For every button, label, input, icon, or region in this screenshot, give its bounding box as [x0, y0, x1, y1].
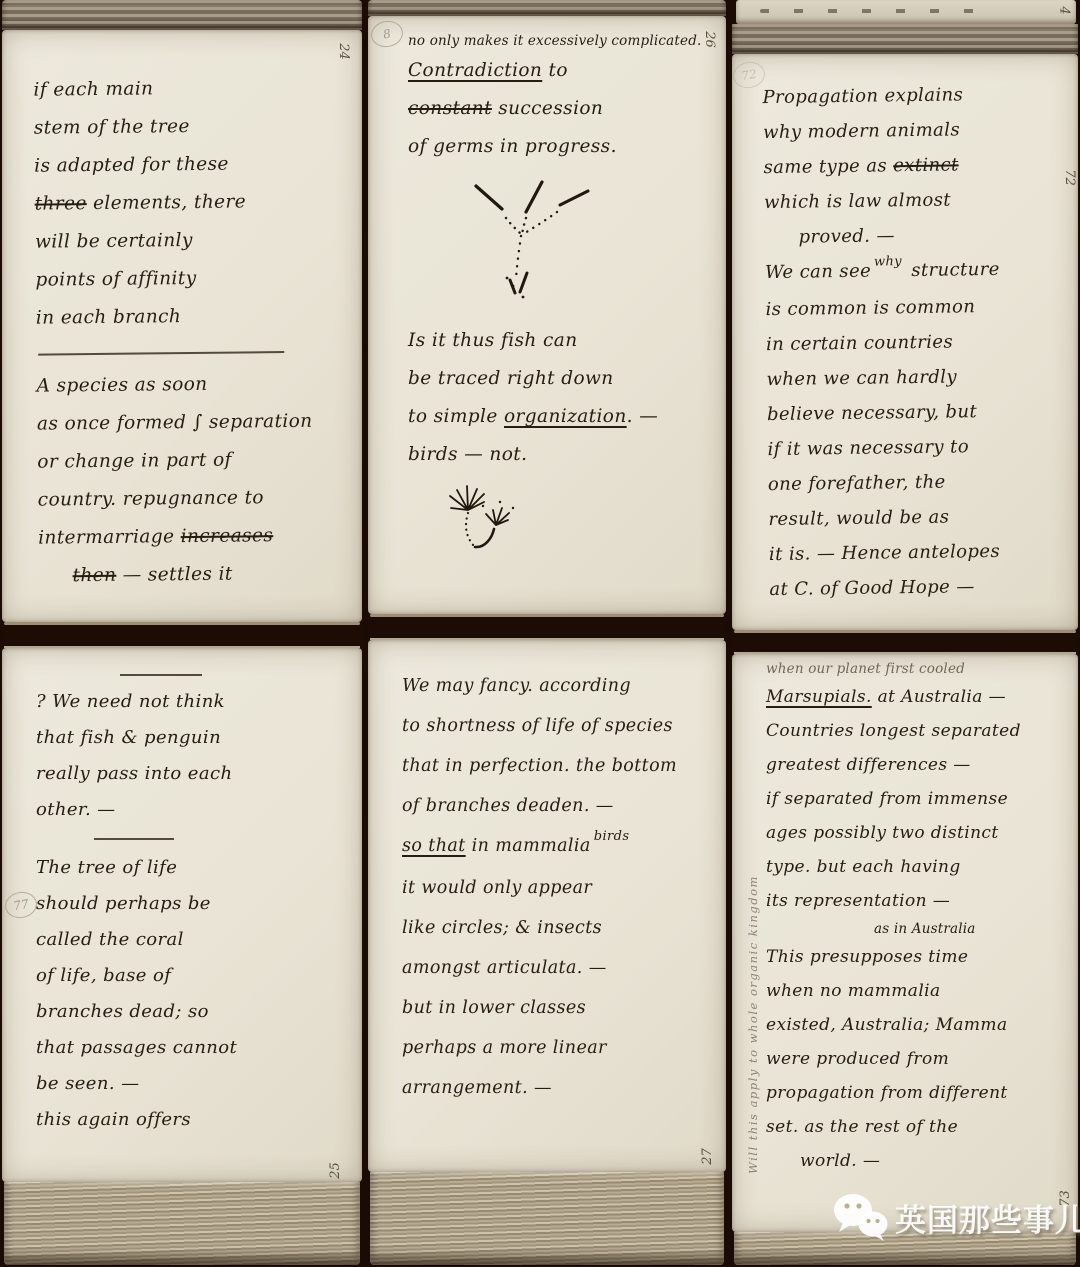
- manuscript-line: of branches deaden. —: [402, 786, 712, 826]
- manuscript-word: is adapted for these: [34, 154, 229, 177]
- manuscript-word: in each branch: [36, 306, 182, 329]
- manuscript-word: birds: [594, 817, 630, 857]
- page-text: ? We need not thinkthat fish & penguinre…: [36, 670, 348, 1138]
- manuscript-line: same type as extinct: [763, 146, 1061, 185]
- manuscript-line: points of affinity: [35, 258, 347, 299]
- page-fold-shadow: [368, 614, 726, 640]
- manuscript-line: ? We need not think: [36, 684, 348, 720]
- manuscript-word: really pass into each: [36, 763, 232, 784]
- manuscript-word: that passages cannot: [36, 1037, 237, 1058]
- manuscript-line: that in perfection. the bottom: [402, 746, 712, 786]
- manuscript-word: so that: [402, 836, 466, 856]
- manuscript-word: Countries longest separated: [766, 721, 1021, 741]
- manuscript-line: believe necessary, but: [767, 393, 1065, 432]
- manuscript-line: ages possibly two distinct: [766, 816, 1064, 850]
- manuscript-word: three: [35, 193, 87, 215]
- manuscript-line: one forefather, the: [768, 463, 1066, 502]
- manuscript-line: Propagation explains: [762, 76, 1060, 115]
- manuscript-word: believe necessary, but: [767, 401, 977, 425]
- manuscript-word: A species as soon: [36, 374, 207, 397]
- notebook-page-72: 72 72 Propagation explainswhy modern ani…: [732, 54, 1078, 630]
- notebook-page-73: Will this apply to whole organic kingdom…: [732, 654, 1078, 1232]
- manuscript-word: if it was necessary to: [767, 436, 969, 460]
- watermark: 英国那些事儿: [833, 1192, 1080, 1242]
- manuscript-word: when we can hardly: [766, 366, 957, 390]
- manuscript-word: should perhaps be: [36, 893, 211, 914]
- manuscript-line: when no mammalia: [766, 974, 1064, 1008]
- manuscript-line: when our planet first cooled: [766, 658, 1064, 680]
- manuscript-line: but in lower classes: [402, 988, 712, 1028]
- manuscript-word: then: [72, 565, 116, 586]
- manuscript-word: is common is common: [765, 296, 975, 320]
- manuscript-word: greatest differences —: [766, 755, 971, 775]
- manuscript-word: succession: [492, 98, 603, 119]
- manuscript-word: in certain countries: [766, 331, 953, 355]
- manuscript-line: why modern animals: [763, 111, 1061, 150]
- manuscript-line: other. —: [36, 792, 348, 828]
- manuscript-word: be seen. —: [36, 1073, 139, 1094]
- manuscript-word: country. repugnance to: [38, 487, 264, 510]
- manuscript-word: elements, there: [87, 191, 246, 214]
- manuscript-word: to shortness of life of species: [402, 716, 673, 736]
- manuscript-word: which is law almost: [764, 189, 951, 213]
- tree-sketch-2-svg: [434, 484, 574, 572]
- manuscript-word: amongst articulata. —: [402, 958, 607, 978]
- manuscript-line: in each branch: [36, 296, 348, 337]
- manuscript-line: is adapted for these: [34, 144, 346, 185]
- manuscript-word: existed, Australia; Mamma: [766, 1015, 1008, 1035]
- manuscript-word: This presupposes time: [766, 947, 968, 967]
- manuscript-line: type. but each having: [766, 850, 1064, 884]
- manuscript-line: Is it thus fish can: [408, 322, 712, 360]
- manuscript-line: result, would be as: [768, 498, 1066, 537]
- manuscript-line: amongst articulata. —: [402, 948, 712, 988]
- manuscript-word: organization: [504, 406, 627, 427]
- notebook-strip-middle: 8 26 no only makes it excessively compli…: [368, 0, 726, 1267]
- page-number: 25: [328, 1162, 343, 1179]
- manuscript-line: called the coral: [36, 922, 348, 958]
- manuscript-word: points of affinity: [35, 268, 196, 291]
- manuscript-word: We may fancy. according: [402, 676, 631, 696]
- tree-sketch-1-svg: [460, 176, 620, 302]
- manuscript-word: world. —: [800, 1151, 880, 1171]
- manuscript-line: it would only appear: [402, 868, 712, 908]
- manuscript-word: type. but each having: [766, 857, 961, 877]
- manuscript-word: Contradiction: [408, 60, 542, 81]
- manuscript-line: as once formed ∫ separation: [37, 402, 349, 443]
- manuscript-word: of germs in progress.: [408, 136, 617, 157]
- ink-rule: [94, 838, 174, 840]
- page-text: no only makes it excessively complicated…: [408, 30, 712, 592]
- manuscript-word: birds — not.: [408, 444, 527, 465]
- manuscript-word: but in lower classes: [402, 998, 586, 1018]
- manuscript-line: if separated from immense: [766, 782, 1064, 816]
- manuscript-line: A species as soon: [36, 364, 348, 405]
- manuscript-word: in mammalia: [466, 836, 591, 856]
- manuscript-line: existed, Australia; Mamma: [766, 1008, 1064, 1042]
- manuscript-line: three elements, there: [34, 182, 346, 223]
- notebook-strip-right: 4 72 72 Propagation explainswhy modern a…: [732, 0, 1078, 1267]
- manuscript-line: this again offers: [36, 1102, 348, 1138]
- page-number: 72: [1062, 169, 1077, 186]
- corner-number: 4: [1056, 6, 1071, 14]
- manuscript-word: as once formed ∫ separation: [37, 411, 313, 435]
- manuscript-word: of branches deaden. —: [402, 796, 614, 816]
- manuscript-line: country. repugnance to: [38, 478, 350, 519]
- manuscript-word: were produced from: [766, 1049, 949, 1069]
- manuscript-word: to simple: [408, 406, 504, 427]
- writing-sliver: [760, 9, 980, 13]
- manuscript-line: constant succession: [408, 90, 712, 128]
- manuscript-line: its representation —: [766, 884, 1064, 918]
- page-text: Propagation explainswhy modern animalssa…: [762, 76, 1067, 607]
- manuscript-word: propagation from different: [766, 1083, 1008, 1103]
- manuscript-line: really pass into each: [36, 756, 348, 792]
- manuscript-line: or change in part of: [37, 440, 349, 481]
- manuscript-word: intermarriage: [38, 526, 181, 548]
- manuscript-line: perhaps a more linear: [402, 1028, 712, 1068]
- manuscript-line: The tree of life: [36, 850, 348, 886]
- manuscript-word: that in perfection. the bottom: [402, 756, 677, 776]
- margin-note: Will this apply to whole organic kingdom: [746, 875, 760, 1174]
- manuscript-line: if it was necessary to: [767, 428, 1065, 467]
- manuscript-line: it is. — Hence antelopes: [769, 533, 1067, 572]
- manuscript-word: ages possibly two distinct: [766, 823, 999, 843]
- manuscript-line: branches dead; so: [36, 994, 348, 1030]
- watermark-text: 英国那些事儿: [895, 1195, 1080, 1240]
- manuscript-line: Countries longest separated: [766, 714, 1064, 748]
- manuscript-line: We may fancy. according: [402, 666, 712, 706]
- manuscript-word: if each main: [33, 78, 153, 100]
- binding-edge: [368, 0, 726, 16]
- manuscript-word: other. —: [36, 799, 116, 820]
- manuscript-word: set. as the rest of the: [766, 1117, 958, 1137]
- pencil-mark: 77: [3, 889, 39, 920]
- manuscript-line: Contradiction to: [408, 52, 712, 90]
- page-stack-edge: [370, 1172, 724, 1265]
- page-text: when our planet first cooledMarsupials. …: [766, 658, 1064, 1178]
- manuscript-word: increases: [181, 525, 274, 547]
- pencil-mark: 8: [369, 18, 405, 49]
- notebook-page-25: 77 25 ? We need not thinkthat fish & pen…: [2, 648, 362, 1182]
- tree-of-life-sketch-2: [408, 484, 712, 586]
- manuscript-line: in certain countries: [766, 323, 1064, 362]
- manuscript-line: like circles; & insects: [402, 908, 712, 948]
- tree-of-life-sketch-1: [408, 176, 712, 316]
- manuscript-line: greatest differences —: [766, 748, 1064, 782]
- manuscript-word: like circles; & insects: [402, 918, 602, 938]
- manuscript-word: Is it thus fish can: [408, 330, 578, 351]
- manuscript-line: be seen. —: [36, 1066, 348, 1102]
- manuscript-line: if each main: [33, 68, 345, 109]
- manuscript-word: at C. of Good Hope —: [769, 576, 974, 600]
- manuscript-word: called the coral: [36, 929, 184, 950]
- ink-rule: [38, 351, 284, 356]
- manuscript-line: intermarriage increases: [38, 516, 350, 557]
- manuscript-line: of life, base of: [36, 958, 348, 994]
- manuscript-line: to simple organization. —: [408, 398, 712, 436]
- manuscript-line: proved. —: [764, 216, 1062, 255]
- page-fold-shadow: [732, 630, 1078, 654]
- manuscript-line: that passages cannot: [36, 1030, 348, 1066]
- manuscript-word: why modern animals: [763, 119, 960, 143]
- manuscript-line: arrangement. —: [402, 1068, 712, 1108]
- page-fold-shadow: [2, 622, 362, 648]
- ink-rule: [120, 674, 202, 676]
- manuscript-word: ? We need not think: [36, 691, 225, 712]
- manuscript-word: be traced right down: [408, 368, 614, 389]
- page-number: 27: [700, 1148, 715, 1165]
- manuscript-word: its representation —: [766, 891, 950, 911]
- manuscript-word: this again offers: [36, 1109, 191, 1130]
- manuscript-line: We can seewhy structure: [765, 251, 1063, 292]
- manuscript-line: at C. of Good Hope —: [769, 568, 1067, 607]
- manuscript-word: of life, base of: [36, 965, 171, 986]
- manuscript-word: stem of the tree: [34, 116, 190, 139]
- manuscript-word: when no mammalia: [766, 981, 941, 1001]
- manuscript-word: same type as: [763, 155, 893, 178]
- manuscript-word: to: [542, 60, 568, 81]
- page-text: We may fancy. accordingto shortness of l…: [402, 666, 712, 1108]
- previous-page-edge: 4: [736, 0, 1076, 24]
- manuscript-line: be traced right down: [408, 360, 712, 398]
- manuscript-word: one forefather, the: [768, 472, 946, 495]
- wechat-bubbles-icon: [833, 1192, 889, 1242]
- manuscript-line: as in Australia: [766, 918, 1064, 940]
- manuscript-line: is common is common: [765, 288, 1063, 327]
- manuscript-line: then — settles it: [38, 554, 350, 595]
- manuscript-line: birds — not.: [408, 436, 712, 474]
- manuscript-word: why: [874, 244, 903, 279]
- manuscript-line: to shortness of life of species: [402, 706, 712, 746]
- manuscript-line: stem of the tree: [34, 106, 346, 147]
- manuscript-word: — settles it: [116, 564, 233, 586]
- manuscript-word: Marsupials.: [766, 687, 872, 707]
- manuscript-word: at Australia —: [872, 687, 1006, 707]
- manuscript-word: will be certainly: [35, 230, 193, 253]
- binding-edge: [2, 0, 362, 30]
- manuscript-line: when we can hardly: [766, 358, 1064, 397]
- manuscript-word: result, would be as: [768, 507, 949, 531]
- manuscript-line: of germs in progress.: [408, 128, 712, 166]
- page-stack-edge: [4, 1182, 360, 1265]
- manuscript-line: propagation from different: [766, 1076, 1064, 1110]
- page-text: if each mainstem of the treeis adapted f…: [33, 68, 350, 595]
- manuscript-word: branches dead; so: [36, 1001, 209, 1022]
- notebook-page-27: 27 We may fancy. accordingto shortness o…: [368, 640, 726, 1172]
- notebook-strip-left: 24 if each mainstem of the treeis adapte…: [2, 0, 362, 1267]
- manuscript-line: world. —: [766, 1144, 1064, 1178]
- binding-edge: [732, 24, 1078, 54]
- manuscript-line: no only makes it excessively complicated…: [408, 30, 712, 52]
- manuscript-word: arrangement. —: [402, 1078, 552, 1098]
- manuscript-word: Propagation explains: [762, 84, 963, 108]
- manuscript-word: constant: [408, 98, 492, 119]
- manuscript-line: that fish & penguin: [36, 720, 348, 756]
- manuscript-line: will be certainly: [35, 220, 347, 261]
- manuscript-word: or change in part of: [37, 450, 232, 473]
- notebook-page-24: 24 if each mainstem of the treeis adapte…: [2, 30, 362, 622]
- manuscript-word: We can see: [765, 261, 871, 283]
- notebook-photograph: 24 if each mainstem of the treeis adapte…: [0, 0, 1080, 1267]
- manuscript-line: so that in mammaliabirds: [402, 826, 712, 868]
- manuscript-line: should perhaps be: [36, 886, 348, 922]
- manuscript-word: perhaps a more linear: [402, 1038, 607, 1058]
- manuscript-word: no only makes it excessively complicated…: [408, 33, 702, 49]
- manuscript-word: it would only appear: [402, 878, 592, 898]
- manuscript-word: it is. — Hence antelopes: [769, 541, 1000, 565]
- manuscript-word: . —: [627, 406, 658, 427]
- manuscript-line: which is law almost: [764, 181, 1062, 220]
- manuscript-word: if separated from immense: [766, 789, 1008, 809]
- manuscript-word: as in Australia: [874, 921, 976, 937]
- manuscript-word: that fish & penguin: [36, 727, 221, 748]
- manuscript-line: were produced from: [766, 1042, 1064, 1076]
- manuscript-line: set. as the rest of the: [766, 1110, 1064, 1144]
- manuscript-line: Marsupials. at Australia —: [766, 680, 1064, 714]
- page-number: 24: [336, 43, 351, 60]
- manuscript-line: This presupposes time: [766, 940, 1064, 974]
- manuscript-word: extinct: [893, 154, 959, 176]
- manuscript-word: when our planet first cooled: [766, 661, 965, 677]
- manuscript-word: The tree of life: [36, 857, 177, 878]
- manuscript-word: structure: [905, 259, 1000, 281]
- notebook-page-26: 8 26 no only makes it excessively compli…: [368, 16, 726, 614]
